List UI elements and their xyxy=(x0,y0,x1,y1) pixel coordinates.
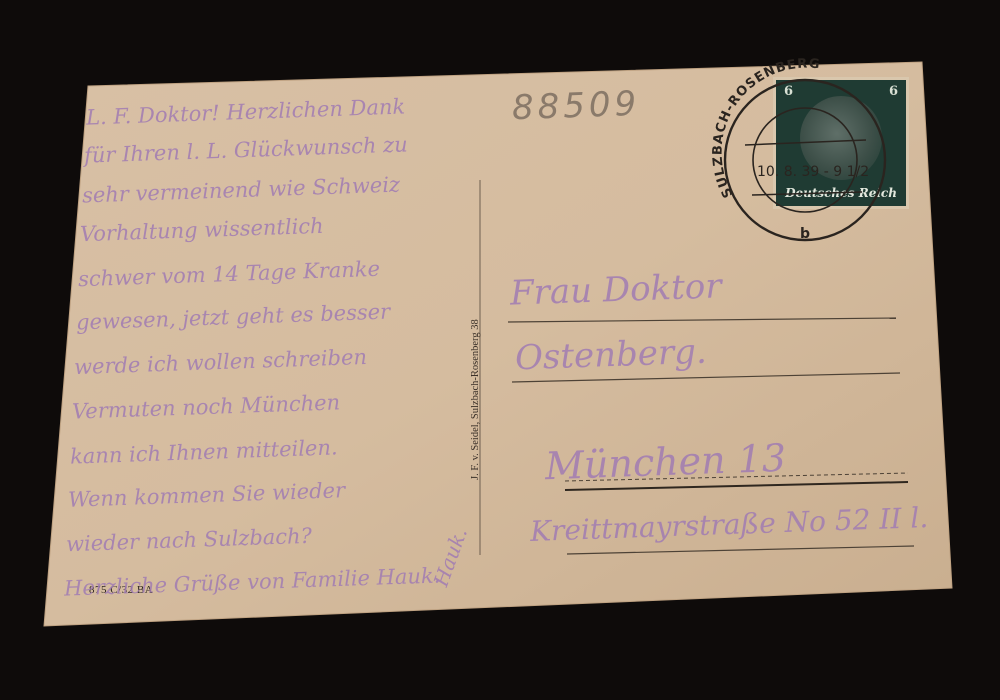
stamp-legend: Deutsches Reich xyxy=(776,186,906,200)
address-line-2-text: Ostenberg. xyxy=(514,332,707,379)
stamp-portrait xyxy=(800,96,882,180)
postage-stamp: 6 6 Deutsches Reich xyxy=(776,80,906,206)
inventory-number: 88509 xyxy=(511,84,640,128)
address-line-1-text: Frau Doktor xyxy=(509,266,722,313)
stamp-denomination-left: 6 xyxy=(784,84,793,99)
stamp-denomination-right: 6 xyxy=(889,84,898,99)
address-line-3-text: München 13 xyxy=(544,436,786,488)
publisher-imprint: J. F. v. Seidel, Sulzbach-Rosenberg 38 xyxy=(470,215,486,480)
postcard: 88509 6 6 Deutsches Reich SULZBACH-ROSEN… xyxy=(0,0,1000,700)
